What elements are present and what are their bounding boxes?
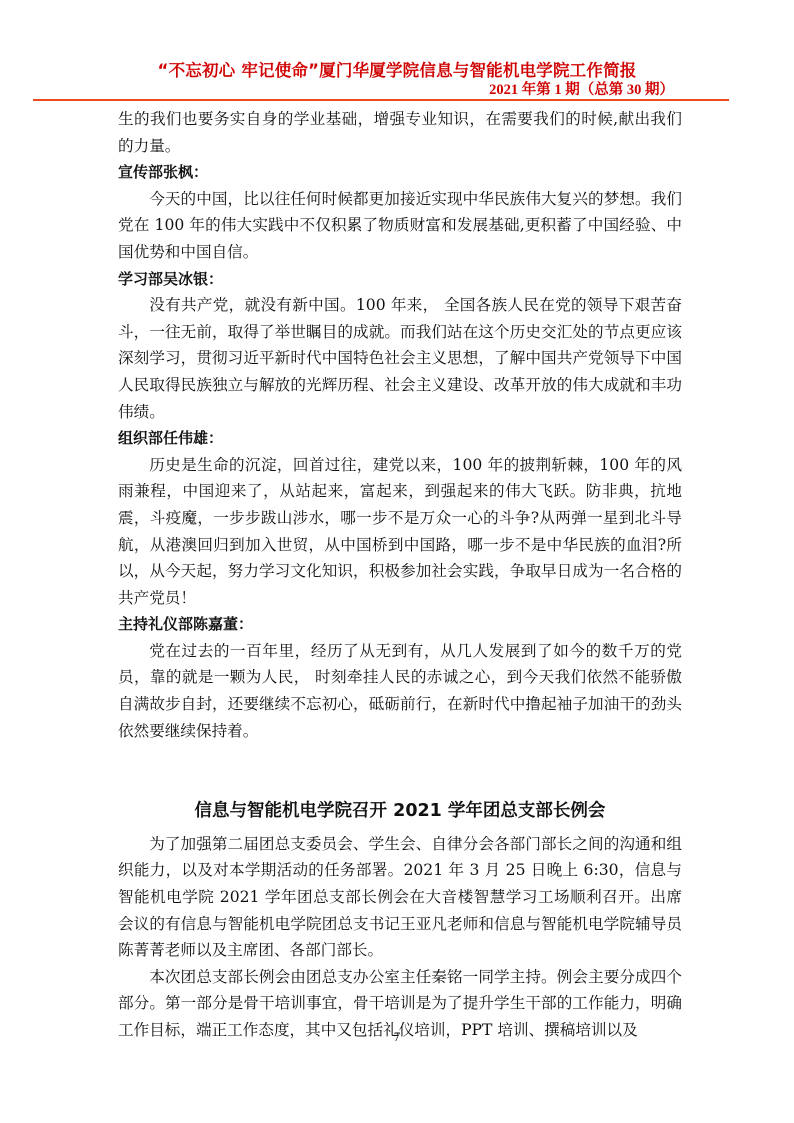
page-number: 7 (0, 1029, 794, 1045)
header-divider (33, 99, 729, 101)
speech-paragraph: 没有共产党，就没有新中国。100 年来， 全国各族人民在党的领导下艰苦奋斗，一往… (118, 292, 682, 425)
issue-number: 2021 年第 1 期（总第 30 期） (489, 78, 674, 99)
speaker-label: 宣传部张枫： (118, 159, 682, 186)
speech-paragraph: 党在过去的一百年里，经历了从无到有，从几人发展到了如今的数千万的党员，靠的就是一… (118, 638, 682, 744)
speech-paragraph: 历史是生命的沉淀，回首过往，建党以来，100 年的披荆斩棘，100 年的风雨兼程… (118, 452, 682, 612)
continuation-paragraph: 生的我们也要务实自身的学业基础，增强专业知识，在需要我们的时候,献出我们的力量。 (118, 106, 682, 159)
page-content: 生的我们也要务实自身的学业基础，增强专业知识，在需要我们的时候,献出我们的力量。… (118, 106, 682, 1044)
newsletter-title: “不忘初心 牢记使命”厦门华厦学院信息与智能机电学院工作简报 (0, 57, 794, 81)
speech-paragraph: 今天的中国，比以往任何时候都更加接近实现中华民族伟大复兴的梦想。我们党在 100… (118, 186, 682, 266)
speaker-label: 学习部吴冰银： (118, 266, 682, 293)
speaker-label: 主持礼仪部陈嘉董： (118, 611, 682, 638)
article-title: 信息与智能机电学院召开 2021 学年团总支部长例会 (118, 798, 682, 825)
article-paragraph: 为了加强第二届团总支委员会、学生会、自律分会各部门部长之间的沟通和组织能力，以及… (118, 831, 682, 964)
speaker-label: 组织部任伟雄： (118, 425, 682, 452)
